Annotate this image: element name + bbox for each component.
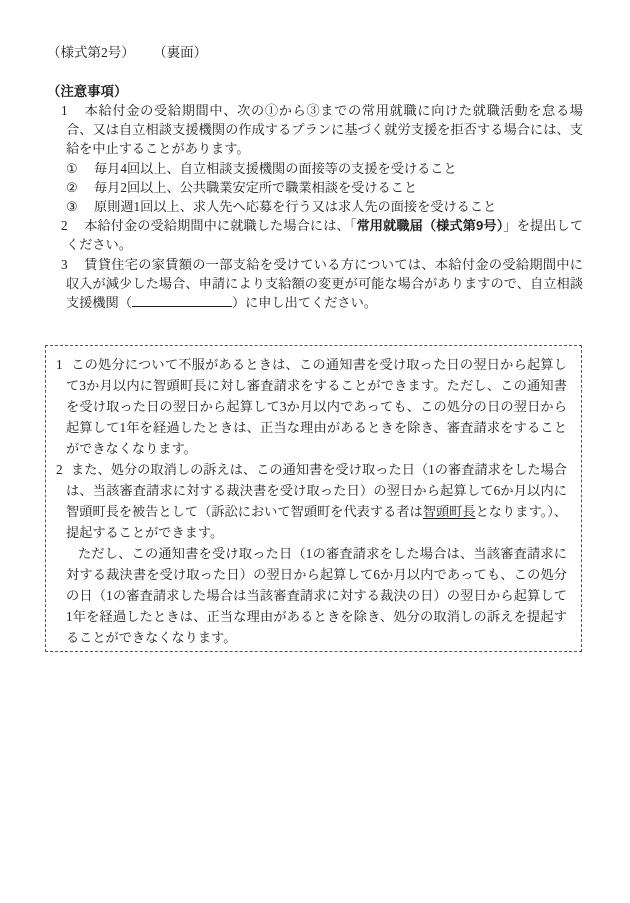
note-subitem-3-text: 原則週1回以上、求人先へ応募を行う又は求人先の面接を受けること [94, 199, 496, 214]
circled-1-marker: ① [66, 159, 94, 178]
note-item-2-number: 2 [61, 216, 84, 235]
appeal-item-2-paragraph-1: 2また、処分の取消しの訴えは、この通知書を受け取った日（1の審査請求をした場合は… [56, 459, 567, 543]
note-item-3: 3賃貸住宅の家賃額の一部支給を受けている方については、本給付金の受給期間中に収入… [47, 255, 583, 313]
appeal-item-1: 1この処分について不服があるときは、この通知書を受け取った日の翌日から起算して3… [56, 354, 567, 459]
note-item-2-text-before: 本給付金の受給期間中に就職した場合には、「 [84, 218, 356, 233]
doc-header: （様式第2号） （裏面） [0, 44, 630, 61]
appeal-notice-box: 1この処分について不服があるときは、この通知書を受け取った日の翌日から起算して3… [45, 345, 582, 652]
note-item-1-text: 本給付金の受給期間中、次の①から③までの常用就職に向けた就職活動を怠る場合、又は… [66, 103, 583, 156]
note-subitem-3: ③原則週1回以上、求人先へ応募を行う又は求人先の面接を受けること [47, 197, 583, 216]
appeal-item-2-underlined-name: 智頭町長 [423, 504, 476, 519]
note-item-1: 1本給付金の受給期間中、次の①から③までの常用就職に向けた就職活動を怠る場合、又… [47, 101, 583, 159]
notes-title: （注意事項） [47, 82, 583, 101]
appeal-item-1-text: この処分について不服があるときは、この通知書を受け取った日の翌日から起算して3か… [66, 357, 567, 456]
form-number-label: （様式第2号） [47, 45, 135, 60]
notes-section: （注意事項） 1本給付金の受給期間中、次の①から③までの常用就職に向けた就職活動… [0, 82, 630, 312]
note-item-1-number: 1 [61, 101, 84, 120]
page-side-label: （裏面） [153, 45, 207, 60]
note-item-2-bold-form-name: 常用就職届（様式第9号） [356, 218, 503, 233]
circled-3-marker: ③ [66, 197, 94, 216]
document-page: （様式第2号） （裏面） （注意事項） 1本給付金の受給期間中、次の①から③まで… [0, 0, 630, 903]
circled-2-marker: ② [66, 178, 94, 197]
note-subitem-1: ①毎月4回以上、自立相談支援機関の面接等の支援を受けること [47, 159, 583, 178]
note-item-3-number: 3 [61, 255, 84, 274]
appeal-item-1-number: 1 [56, 354, 71, 375]
appeal-item-2: 2また、処分の取消しの訴えは、この通知書を受け取った日（1の審査請求をした場合は… [56, 459, 567, 648]
note-subitem-2: ②毎月2回以上、公共職業安定所で職業相談を受けること [47, 178, 583, 197]
note-subitem-2-text: 毎月2回以上、公共職業安定所で職業相談を受けること [94, 180, 417, 195]
note-item-2: 2本給付金の受給期間中に就職した場合には、「常用就職届（様式第9号）」を提出して… [47, 216, 583, 254]
note-item-3-text-after: ）に申し出てください。 [232, 295, 377, 310]
appeal-item-2-paragraph-2: ただし、この通知書を受け取った日（1の審査請求をした場合は、当該審査請求に対する… [56, 543, 567, 648]
appeal-item-2-number: 2 [56, 459, 71, 480]
note-subitem-1-text: 毎月4回以上、自立相談支援機関の面接等の支援を受けること [94, 161, 457, 176]
fill-in-blank [132, 295, 232, 307]
